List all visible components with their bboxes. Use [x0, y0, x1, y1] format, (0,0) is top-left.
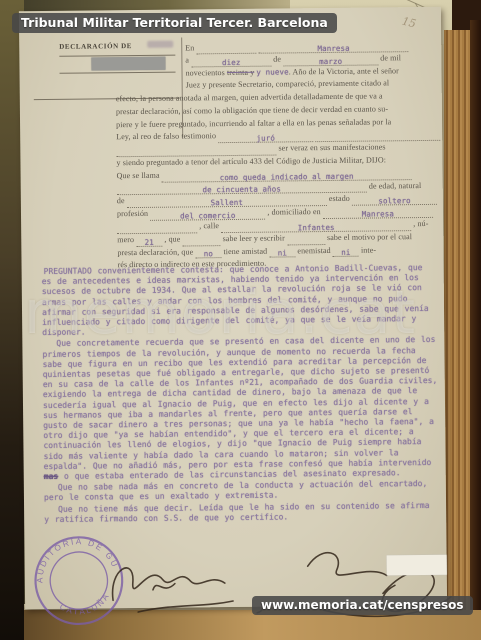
form-text: de — [273, 55, 281, 64]
signature-flourish — [138, 601, 233, 612]
testimony-segment: Que concretamente recuerda que se presen… — [42, 335, 437, 471]
typed-entry: Sallent — [211, 198, 243, 207]
typed-entry: Manresa — [317, 44, 349, 53]
form-text: novecientos — [185, 68, 224, 77]
top-banner: Tribunal Militar Territorial Tercer. Bar… — [12, 13, 337, 33]
blank-line — [287, 235, 325, 245]
form-text: Ley, al reo de falso testimonio — [116, 132, 216, 142]
form-text: En — [185, 43, 194, 52]
form-text: inte- — [361, 245, 376, 254]
typed-entry: 21 — [145, 237, 154, 246]
blank-line: 21 — [136, 236, 162, 246]
form-text: , que — [164, 234, 180, 243]
blank-line — [315, 131, 440, 142]
form-text-struck: treinta y — [227, 68, 254, 77]
form-text: presta declaración, que — [117, 247, 193, 257]
form-text: estado — [329, 194, 350, 203]
blank-line: diez — [191, 56, 271, 67]
testimony-paragraph: Que no sabe nada más en concreto de la c… — [44, 479, 440, 504]
form-body-block: efecto, la persona anotada al margen, qu… — [116, 90, 452, 273]
testimony-paragraph: PREGUNTADO convenientemente contesta: qu… — [42, 263, 439, 339]
typed-entry: Infantes — [298, 223, 335, 232]
typed-entry: y nueve — [256, 67, 288, 76]
blank-line: no — [195, 248, 221, 258]
blank-line — [196, 44, 256, 55]
form-text: mero — [117, 235, 134, 244]
signature-detail — [153, 584, 175, 590]
form-text: sabe el motivo por el cual — [327, 232, 412, 242]
typed-entry: juró — [256, 134, 275, 143]
typed-entry: ni — [341, 248, 350, 257]
typed-entry: soltero — [378, 196, 410, 205]
typed-entry: no — [204, 250, 213, 259]
blank-line: ni — [269, 248, 295, 258]
typed-entry: diez — [222, 58, 241, 67]
typed-entry: ni — [278, 249, 287, 258]
typed-entry: Manresa — [362, 209, 394, 218]
form-text: , domiciliado en — [267, 207, 320, 217]
photo-background: DECLARACIÓN DE En Manresa a diez de marz… — [0, 0, 481, 640]
form-text: a — [185, 56, 189, 65]
blank-line — [117, 223, 197, 234]
form-text: , nú- — [413, 219, 428, 228]
form-text: sabe leer y escribir — [223, 233, 285, 243]
redaction-box — [91, 57, 165, 71]
book-spine-shadow — [470, 20, 481, 640]
form-text: de — [117, 197, 125, 206]
form-text: de edad, natural — [369, 181, 422, 191]
blank-line: ni — [333, 247, 359, 257]
form-text: profesión — [117, 209, 148, 218]
form-text: tiene amistad — [223, 246, 267, 255]
form-text: Que se llama — [117, 171, 160, 180]
form-text: ser veraz en sus manifestaciones — [278, 143, 385, 153]
signature-left — [112, 567, 225, 600]
typed-smudge — [147, 41, 173, 48]
form-text: enemistad — [297, 246, 330, 255]
redaction-box-signature — [387, 555, 447, 576]
overstruck-word: mas — [44, 472, 59, 481]
form-text: de mil — [380, 54, 401, 63]
form-text: . Año de la Victoria, ante el señor — [289, 66, 399, 76]
form-rule — [60, 72, 176, 74]
bottom-banner-url: www.memoria.cat/censpresos — [252, 596, 473, 615]
form-header-block: En Manresa a diez de marzo de mil noveci… — [185, 40, 444, 92]
testimony-paragraph: Que concretamente recuerda que se presen… — [42, 335, 439, 482]
form-text: , calle — [199, 221, 219, 230]
signature-right — [308, 552, 387, 576]
document-page: DECLARACIÓN DE En Manresa a diez de marz… — [19, 7, 447, 609]
testimony-text: PREGUNTADO convenientemente contesta: qu… — [22, 263, 447, 526]
typed-entry: marzo — [319, 57, 342, 66]
declaration-label: DECLARACIÓN DE — [59, 42, 132, 51]
blank-line — [182, 236, 220, 246]
